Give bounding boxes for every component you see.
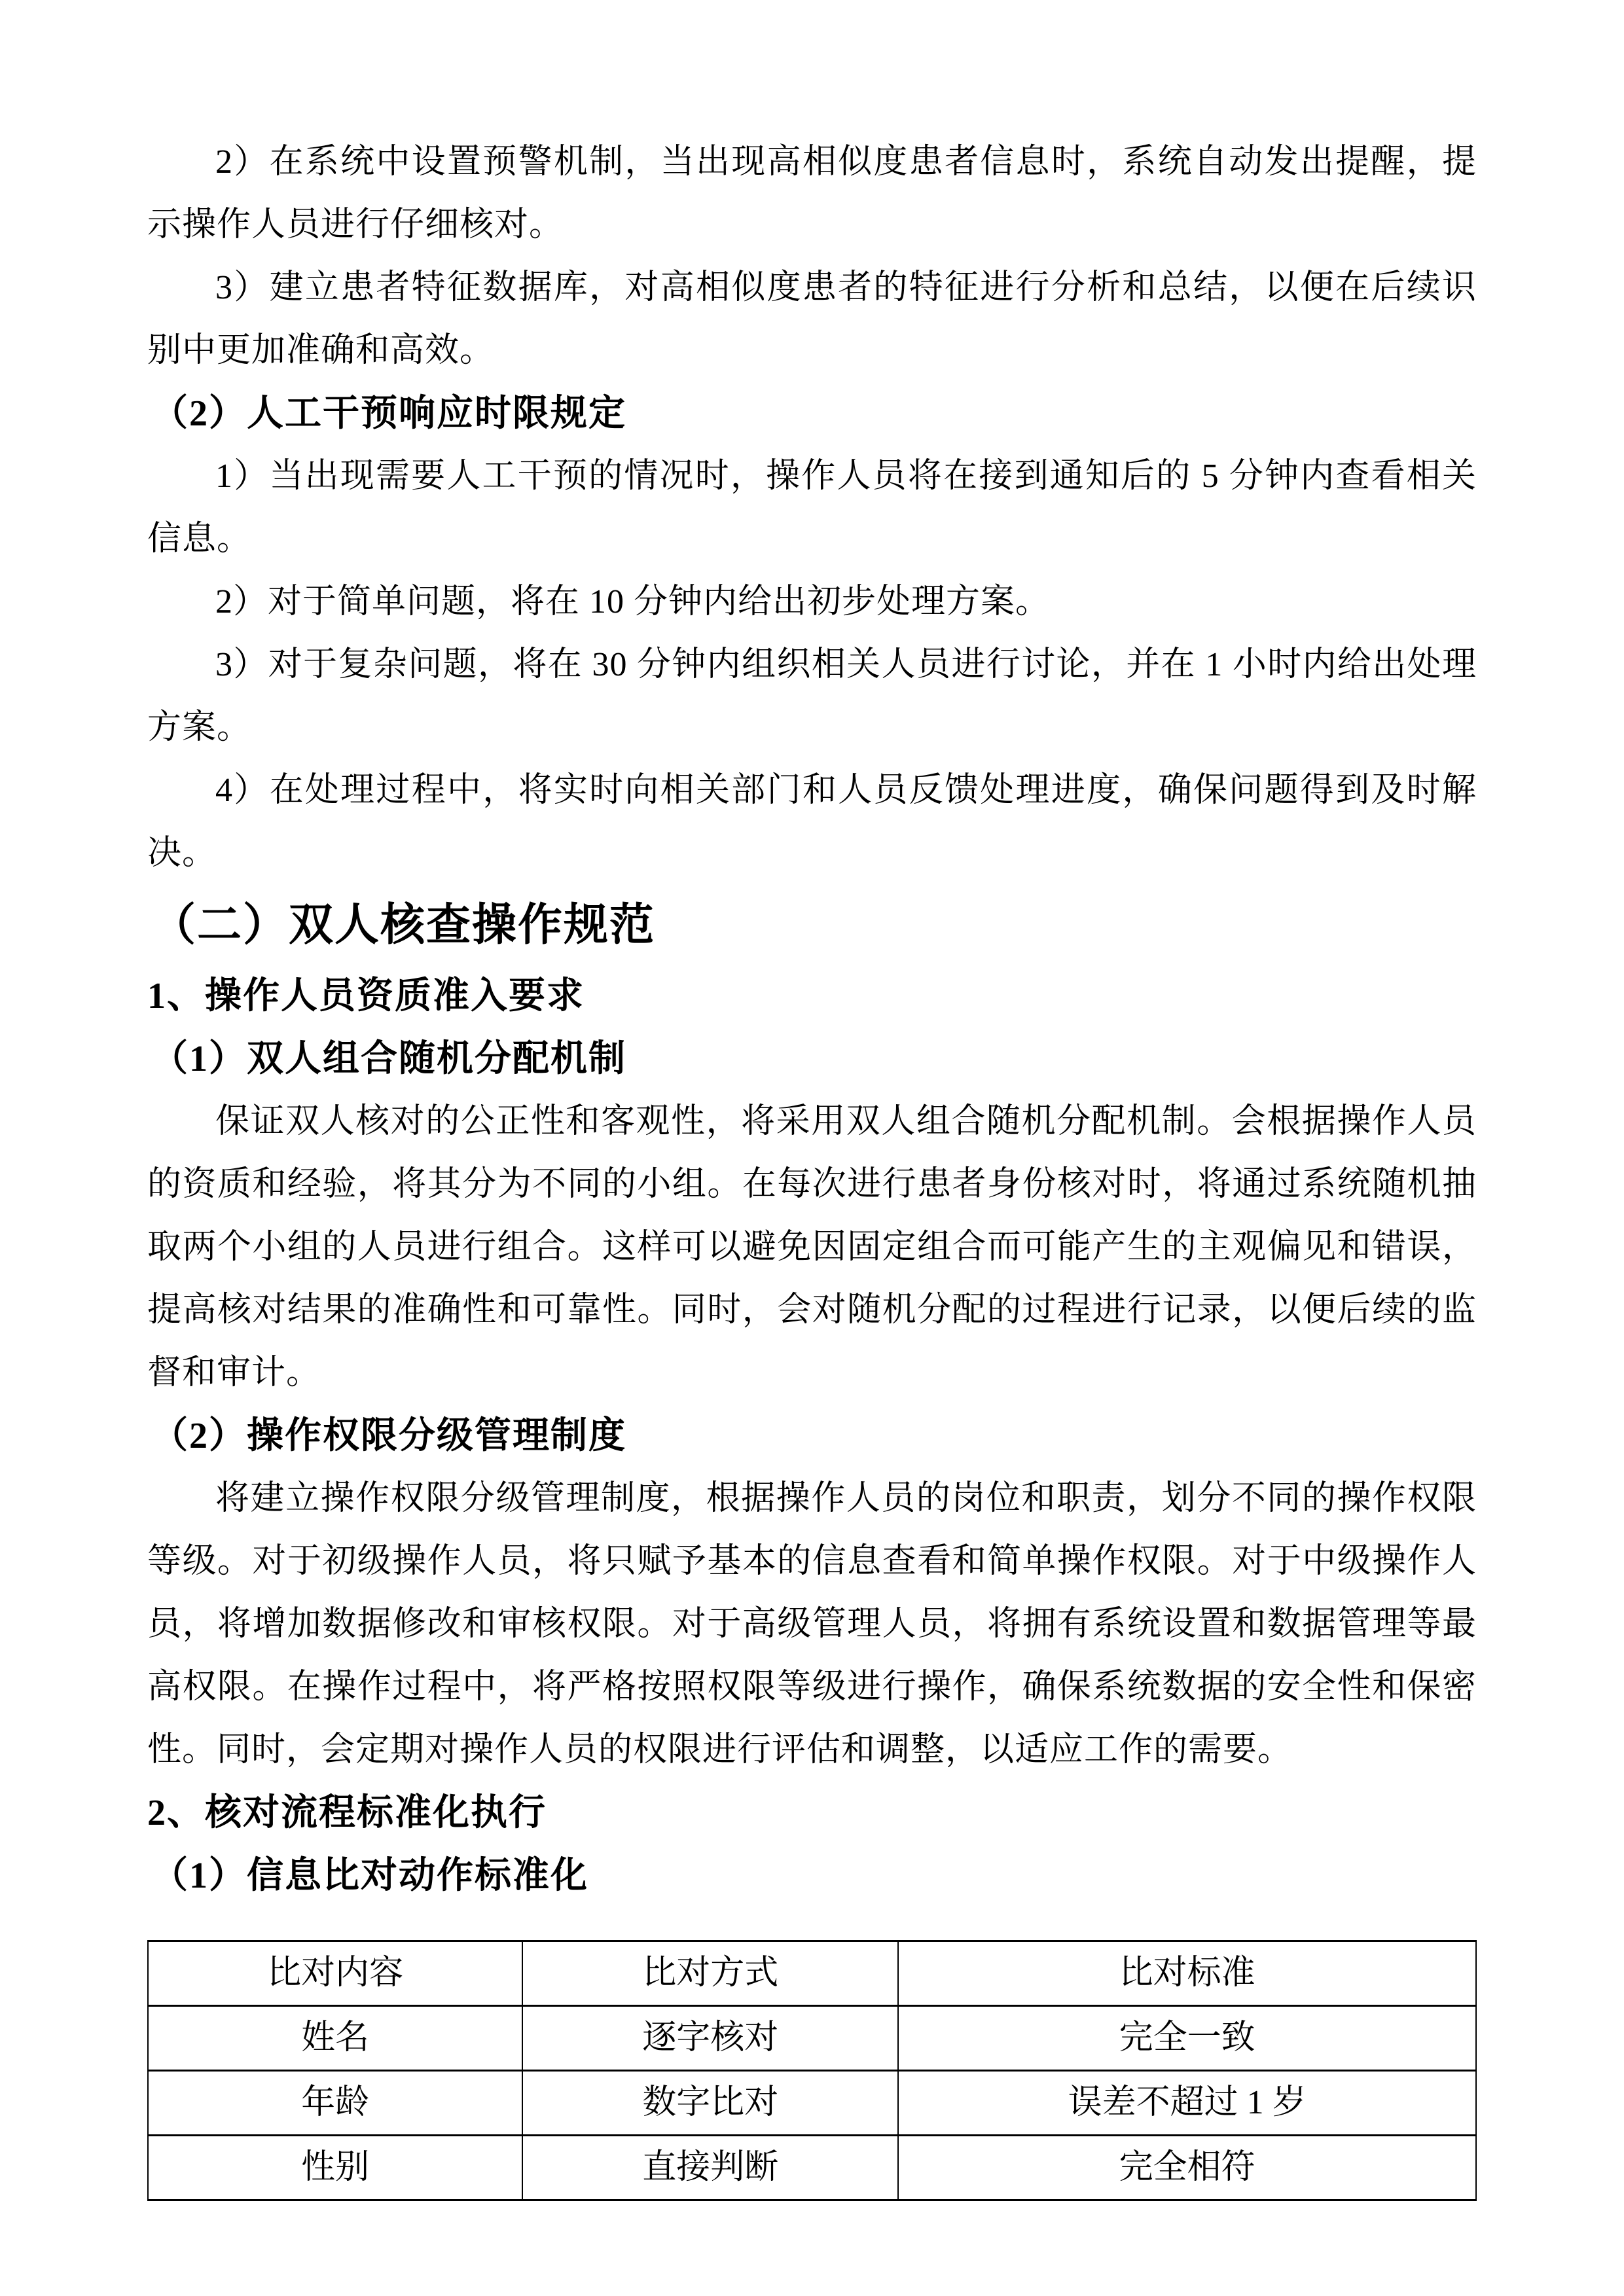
paragraph-block: 1）当出现需要人工干预的情况时，操作人员将在接到通知后的 5 分钟内查看相关信息… bbox=[147, 445, 1477, 571]
table-header-cell: 比对标准 bbox=[898, 1941, 1476, 2006]
table-cell: 逐字核对 bbox=[522, 2006, 898, 2071]
document-page: 2）在系统中设置预警机制，当出现高相似度患者信息时，系统自动发出提醒，提示操作人… bbox=[0, 0, 1624, 2296]
paragraph-block: 将建立操作权限分级管理制度，根据操作人员的岗位和职责，划分不同的操作权限等级。对… bbox=[147, 1467, 1477, 1782]
table-cell: 完全一致 bbox=[898, 2006, 1476, 2071]
heading-block: （1）双人组合随机分配机制 bbox=[147, 1028, 1477, 1090]
table-header-cell: 比对方式 bbox=[522, 1941, 898, 2006]
document-content: 2）在系统中设置预警机制，当出现高相似度患者信息时，系统自动发出提醒，提示操作人… bbox=[147, 131, 1477, 1907]
table-cell: 年龄 bbox=[148, 2071, 522, 2136]
comparison-standard-table: 比对内容比对方式比对标准姓名逐字核对完全一致年龄数字比对误差不超过 1 岁性别直… bbox=[147, 1940, 1477, 2201]
paragraph-block: 4）在处理过程中，将实时向相关部门和人员反馈处理进度，确保问题得到及时解决。 bbox=[147, 759, 1477, 885]
heading-block: （2）人工干预响应时限规定 bbox=[147, 382, 1477, 445]
table-row: 年龄数字比对误差不超过 1 岁 bbox=[148, 2071, 1476, 2136]
heading-block: 1、操作人员资质准入要求 bbox=[147, 965, 1477, 1028]
table-header-cell: 比对内容 bbox=[148, 1941, 522, 2006]
table-header-row: 比对内容比对方式比对标准 bbox=[148, 1941, 1476, 2006]
table-row: 姓名逐字核对完全一致 bbox=[148, 2006, 1476, 2071]
heading-block: （二）双人核查操作规范 bbox=[147, 885, 1477, 965]
paragraph-block: 3）对于复杂问题，将在 30 分钟内组织相关人员进行讨论，并在 1 小时内给出处… bbox=[147, 634, 1477, 759]
paragraph-block: 2）在系统中设置预警机制，当出现高相似度患者信息时，系统自动发出提醒，提示操作人… bbox=[147, 131, 1477, 257]
paragraph-block: 3）建立患者特征数据库，对高相似度患者的特征进行分析和总结，以便在后续识别中更加… bbox=[147, 257, 1477, 382]
table-cell: 姓名 bbox=[148, 2006, 522, 2071]
paragraph-block: 保证双人核对的公正性和客观性，将采用双人组合随机分配机制。会根据操作人员的资质和… bbox=[147, 1090, 1477, 1405]
table-cell: 直接判断 bbox=[522, 2136, 898, 2200]
table-row: 性别直接判断完全相符 bbox=[148, 2136, 1476, 2200]
paragraph-block: 2）对于简单问题，将在 10 分钟内给出初步处理方案。 bbox=[147, 571, 1477, 634]
table-cell: 数字比对 bbox=[522, 2071, 898, 2136]
table-cell: 误差不超过 1 岁 bbox=[898, 2071, 1476, 2136]
table-cell: 完全相符 bbox=[898, 2136, 1476, 2200]
heading-block: （1）信息比对动作标准化 bbox=[147, 1844, 1477, 1907]
table-cell: 性别 bbox=[148, 2136, 522, 2200]
heading-block: 2、核对流程标准化执行 bbox=[147, 1782, 1477, 1844]
heading-block: （2）操作权限分级管理制度 bbox=[147, 1405, 1477, 1467]
